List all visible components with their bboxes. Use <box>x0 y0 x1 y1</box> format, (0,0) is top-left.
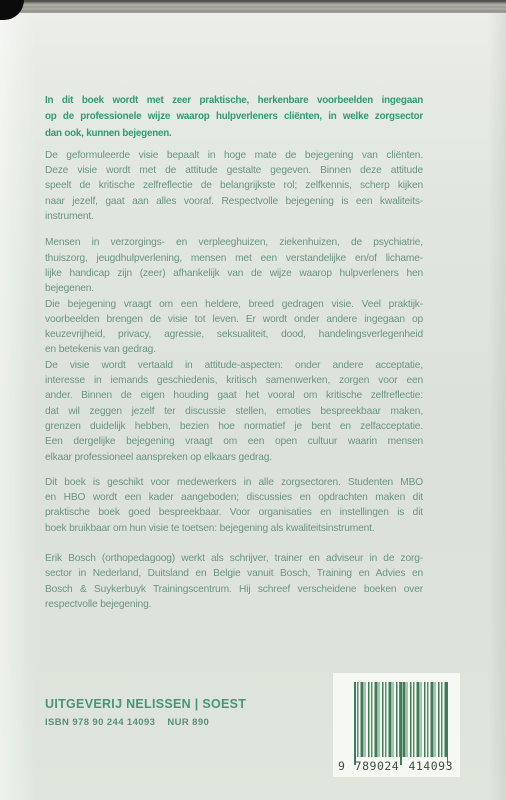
text-line: De geformuleerde visie bepaalt in hoge m… <box>45 148 423 163</box>
text-line: Die bejegening vraagt om een heldere, br… <box>45 297 423 312</box>
text-line: ander. Binnen de eigen houding gaat het … <box>45 388 423 403</box>
publisher-line: UITGEVERIJ NELISSEN | SOEST <box>45 697 246 711</box>
text-line: bejegenen. <box>45 281 423 296</box>
barcode-guard-left <box>354 682 356 765</box>
isbn-number: ISBN 978 90 244 14093 <box>45 717 155 728</box>
text-line: praktische boek goed bespreekbaar. Voor … <box>45 505 423 520</box>
text-line: en HBO wordt een kader aangeboden; discu… <box>45 490 423 505</box>
book-back-cover-photo: In dit boek wordt met zeer praktische, h… <box>0 0 506 800</box>
author-paragraph: Erik Bosch (orthopedagoog) werkt als sch… <box>45 551 423 612</box>
barcode-guard-middle <box>400 682 402 765</box>
blurb-text-block: In dit boek wordt met zeer praktische, h… <box>45 93 423 612</box>
text-line: dat wil zeggen jezelf ter discussie stel… <box>45 404 423 419</box>
body-paragraph-5: Dit boek is geschikt voor medewerkers in… <box>45 475 423 536</box>
barcode-digit-left: 9 <box>338 759 345 773</box>
text-line: respectvolle bejegening. <box>45 597 423 612</box>
text-line: speelt de kritische zelfreflectie de bel… <box>45 178 423 193</box>
text-line: keuzevrijheid, privacy, agressie, seksua… <box>45 327 423 342</box>
text-line: Mensen in verzorgings- en verpleeghuizen… <box>45 235 423 250</box>
nur-number: NUR 890 <box>167 717 209 728</box>
text-line: instrument. <box>45 209 423 224</box>
body-paragraph-4: De visie wordt vertaald in attitude-aspe… <box>45 358 423 465</box>
text-line: sector in Nederland, Duitsland en Belgie… <box>45 566 423 581</box>
text-line: naar jezelf, gaat aan alles vooraf. Resp… <box>45 194 423 209</box>
intro-paragraph: In dit boek wordt met zeer praktische, h… <box>45 93 423 142</box>
text-line: thuiszorg, jeugdhulpverlening, mensen me… <box>45 251 423 266</box>
text-line: In dit boek wordt met zeer praktische, h… <box>45 93 423 109</box>
text-line: en betekenis van gedrag. <box>45 342 423 357</box>
text-line: op de professionele wijze waarop hulpver… <box>45 109 423 125</box>
text-line: elkaar professioneel aanspreken op elkaa… <box>45 450 423 465</box>
text-line: Dit boek is geschikt voor medewerkers in… <box>45 475 423 490</box>
text-line: Bosch & Suykerbuyk Trainingscentrum. Hij… <box>45 582 423 597</box>
text-line: Erik Bosch (orthopedagoog) werkt als sch… <box>45 551 423 566</box>
text-line: dan ook, kunnen bejegenen. <box>45 126 423 142</box>
barcode: 9 789024 414093 <box>333 673 460 777</box>
text-line: grenzen duidelijk hebben, bezien hoe nor… <box>45 419 423 434</box>
text-line: Een dergelijke bejegening vraagt om een … <box>45 434 423 449</box>
text-line: Deze visie wordt met de attitude gestalt… <box>45 163 423 178</box>
barcode-group-2: 414093 <box>408 759 453 773</box>
isbn-line: ISBN 978 90 244 14093NUR 890 <box>45 717 209 728</box>
text-line: De visie wordt vertaald in attitude-aspe… <box>45 358 423 373</box>
barcode-group-1: 789024 <box>355 759 400 773</box>
text-line: voorbeelden brengen de visie tot leven. … <box>45 312 423 327</box>
text-line: lijke handicap zijn (zeer) afhankelijk v… <box>45 266 423 281</box>
page-edges-strip <box>0 0 506 14</box>
body-paragraph-1: De geformuleerde visie bepaalt in hoge m… <box>45 148 423 224</box>
body-paragraph-2: Mensen in verzorgings- en verpleeghuizen… <box>45 235 423 296</box>
body-paragraph-3: Die bejegening vraagt om een heldere, br… <box>45 297 423 358</box>
text-line: boek bruikbaar om hun visie te toetsen: … <box>45 521 423 536</box>
text-line: interesse in iemands geschiedenis, kriti… <box>45 373 423 388</box>
back-cover: In dit boek wordt met zeer praktische, h… <box>0 13 506 800</box>
barcode-guard-right <box>447 682 449 765</box>
barcode-digits: 9 789024 414093 <box>338 759 453 773</box>
